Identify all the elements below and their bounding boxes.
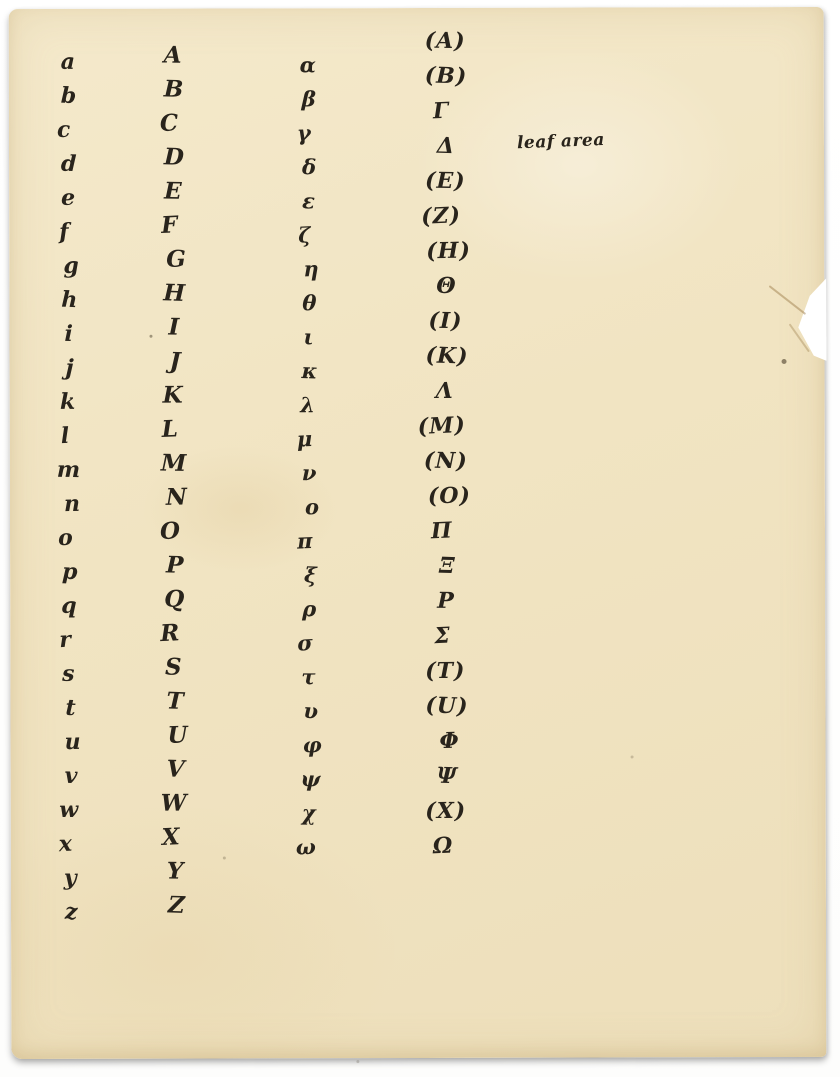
letter: ψ	[300, 762, 321, 797]
letter: L	[161, 412, 179, 447]
column-greek-uppercase: (A)(B)ΓΔ(E)(Z)(H)Θ(I)(K)Λ(M)(N)(O)ΠΞΡΣ(T…	[399, 24, 491, 864]
paper-tear-notch	[794, 273, 826, 361]
letter: Z	[167, 888, 185, 923]
letter: m	[57, 453, 81, 487]
letter: B	[164, 72, 185, 107]
letter: Θ	[436, 269, 457, 305]
letter: x	[58, 827, 73, 862]
letter: υ	[303, 694, 319, 728]
letter: (Z)	[420, 198, 461, 235]
letter: Γ	[432, 94, 450, 130]
letter: Δ	[436, 129, 455, 165]
letter: (I)	[428, 304, 463, 340]
letter: Φ	[439, 724, 460, 759]
letter: β	[301, 82, 316, 116]
letter: I	[168, 311, 179, 345]
letter: X	[161, 820, 180, 855]
letter: (U)	[425, 688, 469, 724]
column-greek-lowercase: αβγδεζηθικλμνοπξρστυφψχω	[277, 48, 339, 864]
letter: w	[59, 793, 78, 827]
letter: d	[61, 147, 77, 181]
letter: (X)	[425, 794, 466, 829]
letter: ι	[303, 320, 314, 354]
letter: Y	[166, 855, 183, 889]
letter: φ	[303, 728, 323, 762]
letter: (E)	[425, 164, 466, 200]
letter: F	[160, 208, 178, 243]
letter: S	[165, 651, 182, 685]
letter: τ	[301, 660, 315, 694]
letter: T	[166, 684, 184, 719]
letter: J	[169, 344, 181, 378]
letter: (H)	[426, 233, 471, 269]
letter: h	[61, 283, 78, 317]
letter: (K)	[424, 338, 468, 374]
column-latin-lowercase: abcdefghijklmnopqrstuvwxyz	[37, 45, 99, 929]
letter: ο	[305, 490, 320, 524]
letter: l	[60, 419, 70, 453]
letter: b	[61, 79, 77, 113]
letter: ρ	[302, 592, 316, 626]
letter: (M)	[417, 408, 467, 445]
letter: γ	[296, 116, 311, 151]
letter: j	[65, 351, 74, 385]
paper-crease	[769, 285, 807, 315]
letter: v	[64, 759, 78, 793]
paper-sheet: abcdefghijklmnopqrstuvwxyz ABCDEFGHIJKLM…	[9, 7, 827, 1059]
letter: P	[166, 548, 184, 583]
letter: (O)	[427, 478, 471, 514]
letter: E	[164, 175, 182, 209]
letter: R	[160, 616, 181, 651]
letter: χ	[302, 796, 316, 830]
letter: q	[61, 589, 77, 623]
letter: ξ	[303, 558, 317, 592]
letter: Σ	[433, 619, 451, 655]
letter: o	[57, 521, 73, 556]
letter: H	[163, 276, 186, 311]
column-latin-uppercase: ABCDEFGHIJKLMNOPQRSTUVWXYZ	[142, 39, 204, 923]
letter: n	[64, 487, 81, 521]
letter: p	[62, 555, 78, 589]
letter: μ	[296, 422, 313, 457]
letter: s	[62, 657, 74, 691]
letter: Ρ	[437, 584, 455, 619]
letter: α	[299, 48, 316, 82]
letter: V	[166, 752, 185, 787]
letter: r	[59, 623, 72, 657]
letter: y	[63, 861, 76, 895]
letter: Λ	[436, 374, 454, 409]
letter: (T)	[425, 654, 465, 689]
letter: z	[64, 895, 78, 929]
letter: c	[56, 113, 71, 148]
ink-specks	[149, 335, 152, 338]
letter: i	[64, 317, 73, 351]
letter: δ	[301, 150, 316, 184]
letter: Π	[430, 513, 453, 549]
letter: O	[159, 514, 181, 549]
letter: C	[159, 106, 179, 141]
letter: M	[161, 446, 187, 480]
letter: a	[60, 45, 75, 79]
letter: π	[297, 524, 314, 559]
letter: σ	[297, 626, 314, 661]
letter: D	[163, 140, 184, 175]
letter: θ	[302, 286, 317, 320]
letter: N	[166, 480, 188, 514]
letter: Ω	[432, 828, 454, 864]
letter: W	[161, 787, 187, 821]
letter: ω	[295, 830, 317, 865]
letter: f	[59, 215, 70, 249]
letter: t	[65, 691, 76, 725]
letter: κ	[301, 354, 318, 388]
letter: λ	[300, 388, 315, 422]
letter: A	[164, 39, 182, 73]
letter: ε	[301, 184, 314, 218]
letter: η	[303, 252, 319, 286]
letter: K	[163, 379, 183, 413]
letter: ζ	[297, 218, 311, 253]
handwritten-annotation: leaf area	[517, 130, 606, 153]
letter: Q	[164, 582, 185, 616]
letter: (A)	[424, 24, 465, 60]
letter: g	[63, 249, 79, 283]
letter: k	[60, 385, 75, 419]
letter: Ψ	[437, 759, 459, 795]
letter: (N)	[424, 444, 468, 480]
letter: G	[166, 242, 186, 276]
letter: e	[61, 181, 76, 215]
scan-background: abcdefghijklmnopqrstuvwxyz ABCDEFGHIJKLM…	[0, 0, 840, 1077]
letter: Ξ	[438, 549, 456, 585]
letter: u	[64, 725, 81, 759]
letter: ν	[301, 456, 316, 490]
letter: (B)	[424, 58, 468, 94]
letter: U	[167, 718, 188, 752]
